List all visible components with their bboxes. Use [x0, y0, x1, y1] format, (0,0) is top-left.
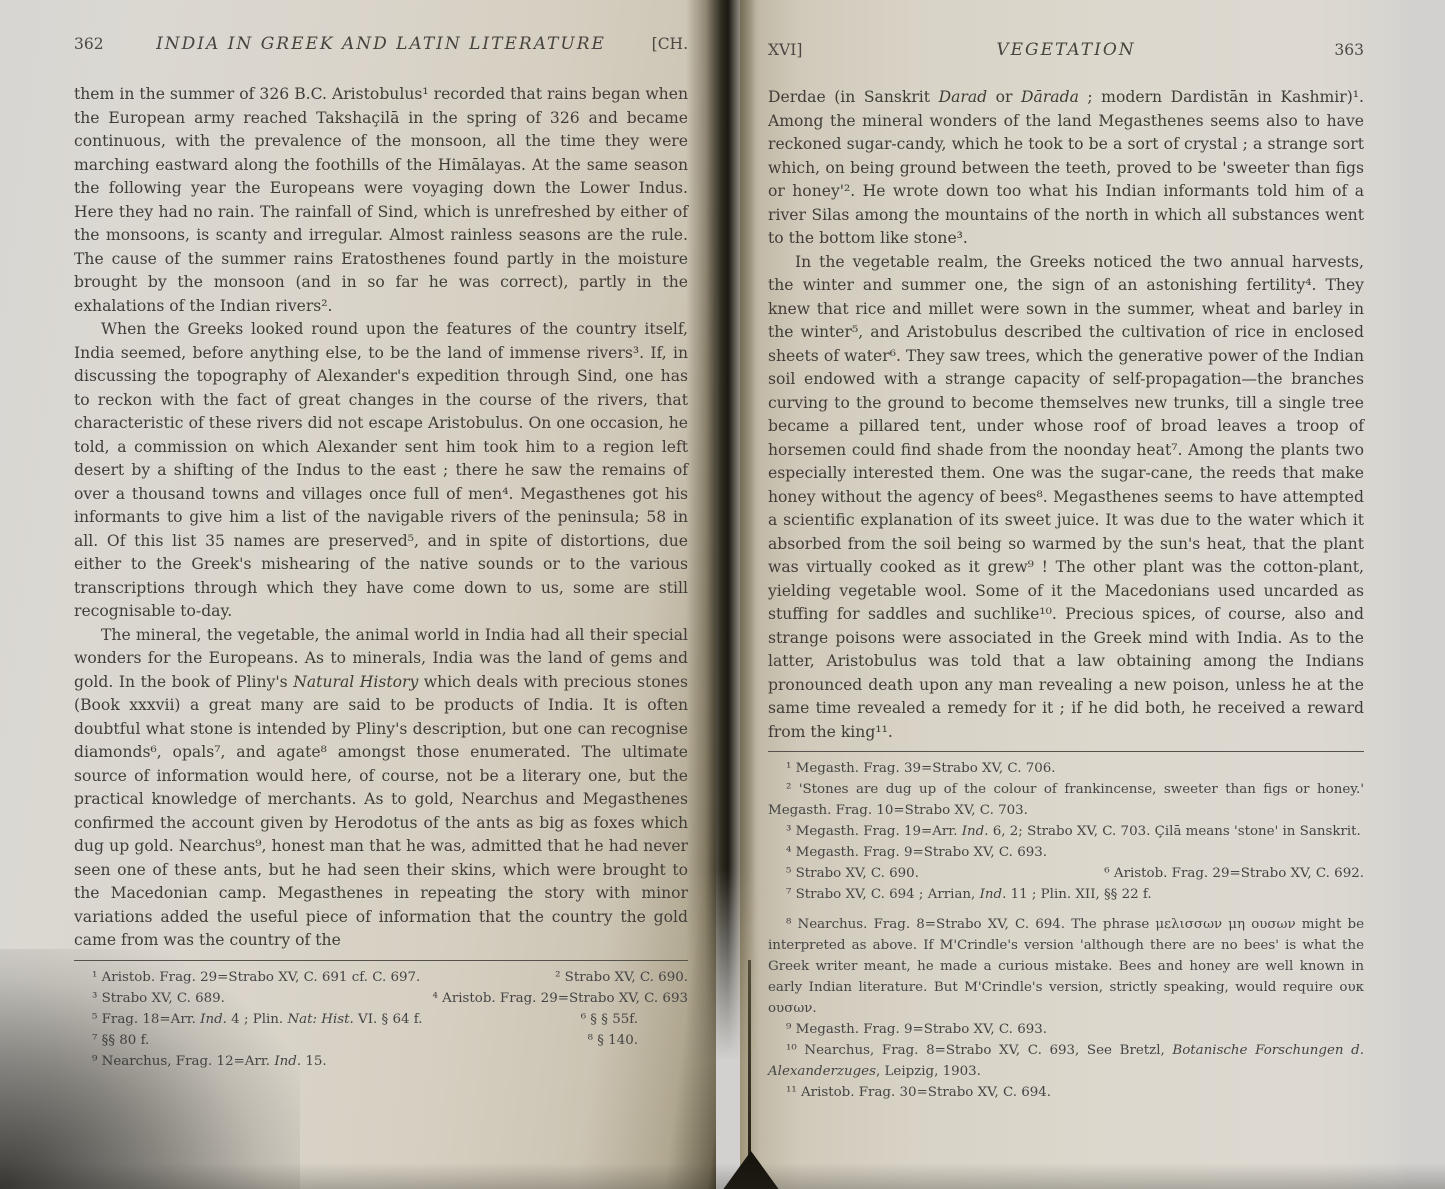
left-body-text: them in the summer of 326 B.C. Aristobul…	[74, 83, 688, 953]
body-paragraph: them in the summer of 326 B.C. Aristobul…	[74, 83, 688, 318]
footnote: ⁴ Megasth. Frag. 9=Strabo XV, C. 693.	[768, 842, 1364, 863]
left-page-content: 362 INDIA IN GREEK AND LATIN LITERATURE …	[74, 34, 688, 1072]
footnote: ⁵ Strabo XV, C. 690.	[768, 863, 919, 884]
footnote: ¹⁰ Nearchus, Frag. 8=Strabo XV, C. 693, …	[768, 1040, 1364, 1082]
footnote: ¹ Megasth. Frag. 39=Strabo XV, C. 706.	[768, 758, 1364, 779]
left-page-number: 362	[74, 35, 144, 53]
footnote: ¹¹ Aristob. Frag. 30=Strabo XV, C. 694.	[768, 1082, 1364, 1103]
bottom-left-shadow	[0, 949, 300, 1189]
right-body-text: Derdae (in Sanskrit Darad or Dārada ; mo…	[768, 86, 1364, 744]
body-paragraph: The mineral, the vegetable, the animal w…	[74, 624, 688, 953]
right-footnotes: ¹ Megasth. Frag. 39=Strabo XV, C. 706. ²…	[768, 751, 1364, 1103]
body-paragraph: When the Greeks looked round upon the fe…	[74, 318, 688, 624]
body-paragraph: Derdae (in Sanskrit Darad or Dārada ; mo…	[768, 86, 1364, 251]
left-running-title: INDIA IN GREEK AND LATIN LITERATURE	[144, 34, 618, 54]
book-gutter-shadow	[686, 0, 756, 1060]
footnote: ⁶ Aristob. Frag. 29=Strabo XV, C. 692.	[1104, 863, 1364, 884]
right-running-header: XVI] VEGETATION 363	[768, 40, 1364, 60]
footnote: ³ Megasth. Frag. 19=Arr. Ind. 6, 2; Stra…	[768, 821, 1364, 842]
footnote: ⁸ § 140.	[588, 1030, 688, 1051]
footnote: ² 'Stones are dug up of the colour of fr…	[768, 779, 1364, 821]
footnote-divider	[768, 751, 1364, 752]
left-running-header: 362 INDIA IN GREEK AND LATIN LITERATURE …	[74, 34, 688, 54]
footnote: ⁸ Nearchus. Frag. 8=Strabo XV, C. 694. T…	[768, 914, 1364, 1019]
right-page: XVI] VEGETATION 363 Derdae (in Sanskrit …	[740, 0, 1410, 1189]
footnote: ⁶ § § 55f.	[581, 1009, 688, 1030]
footnote: ⁹ Megasth. Frag. 9=Strabo XV, C. 693.	[768, 1019, 1364, 1040]
bottom-vignette	[0, 1163, 1445, 1189]
right-running-title: VEGETATION	[838, 40, 1294, 60]
footnote: ² Strabo XV, C. 690.	[555, 967, 688, 988]
footnote: ⁴ Aristob. Frag. 29=Strabo XV, C. 693	[433, 988, 688, 1009]
right-chapter-marker: XVI]	[768, 41, 838, 59]
left-chapter-marker: [CH.	[618, 35, 688, 53]
footnote-row: ⁵ Strabo XV, C. 690. ⁶ Aristob. Frag. 29…	[768, 863, 1364, 884]
right-page-content: XVI] VEGETATION 363 Derdae (in Sanskrit …	[768, 40, 1364, 1103]
right-page-number: 363	[1294, 41, 1364, 59]
footnote: ⁷ Strabo XV, C. 694 ; Arrian, Ind. 11 ; …	[768, 884, 1364, 905]
body-paragraph: In the vegetable realm, the Greeks notic…	[768, 251, 1364, 745]
book-spread-photo: 362 INDIA IN GREEK AND LATIN LITERATURE …	[0, 0, 1445, 1189]
